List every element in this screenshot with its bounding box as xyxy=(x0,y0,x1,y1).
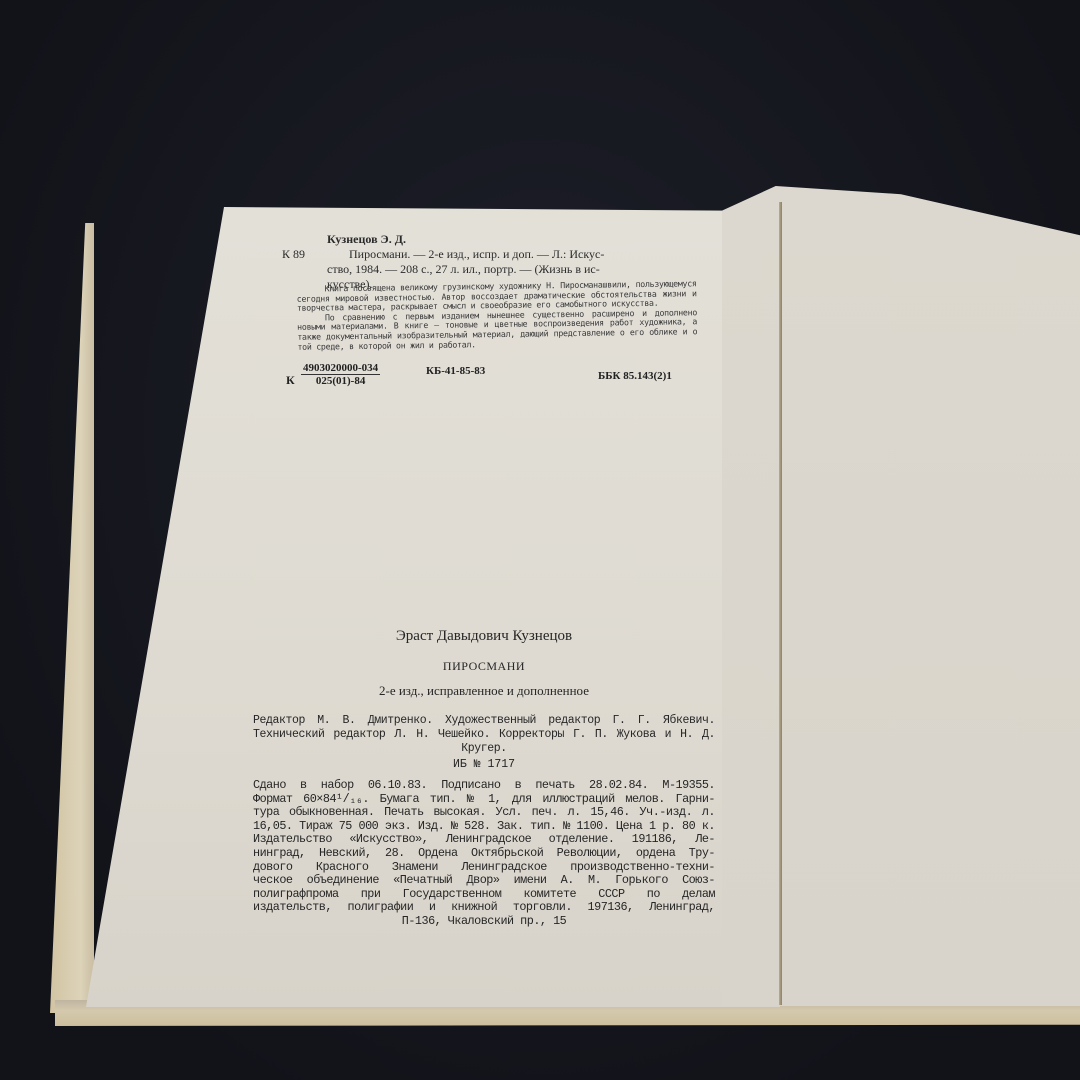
catalog-entry-line2: ство, 1984. — 208 с., 27 л. ил., портр. … xyxy=(282,262,692,277)
index-k-letter: К xyxy=(286,373,295,388)
annotation-paragraph-2: По сравнению с первым изданием нынешнее … xyxy=(297,308,697,352)
ib-number: ИБ № 1717 xyxy=(253,758,715,771)
print-details-line: Издательство «Искусство», Ленинградское … xyxy=(253,833,715,847)
catalog-code: К 89 xyxy=(282,247,305,262)
print-details-line: полиграфпрома при Государственном комите… xyxy=(253,888,715,902)
photo-scene: Кузнецов Э. Д. К 89 Пиросмани. — 2-е изд… xyxy=(0,0,1080,1080)
print-details-line: дового Красного Знамени Ленинградское пр… xyxy=(253,861,715,875)
index-denominator: 025(01)-84 xyxy=(301,375,380,387)
print-details-line: П-136, Чкаловский пр., 15 xyxy=(253,915,715,929)
book-gutter xyxy=(779,202,782,1005)
print-details-line: тура обыкновенная. Печать высокая. Усл. … xyxy=(253,806,715,820)
index-numerator: 4903020000-034 xyxy=(301,362,380,375)
catalog-entry-line1: Пиросмани. — 2-е изд., испр. и доп. — Л.… xyxy=(282,247,692,262)
author-full-name: Эраст Давыдович Кузнецов xyxy=(253,628,715,645)
index-kb: КБ-41-85-83 xyxy=(426,365,485,377)
edition-note: 2-е изд., исправленное и дополненное xyxy=(253,683,715,699)
print-details-line: Сдано в набор 06.10.83. Подписано в печа… xyxy=(253,779,715,793)
editors-credits: Редактор М. В. Дмитренко. Художественный… xyxy=(253,714,715,756)
print-details: Сдано в набор 06.10.83. Подписано в печа… xyxy=(253,779,715,929)
print-details-line: 16,05. Тираж 75 000 экз. Изд. № 528. Зак… xyxy=(253,820,715,834)
print-details-line: Формат 60×84¹/₁₆. Бумага тип. № 1, для и… xyxy=(253,793,715,807)
book-cover-left-edge xyxy=(50,223,94,1013)
catalog-author: Кузнецов Э. Д. xyxy=(282,232,692,247)
print-details-line: ческое объединение «Печатный Двор» имени… xyxy=(253,874,715,888)
index-bbk: ББК 85.143(2)1 xyxy=(598,370,672,382)
right-page-blank xyxy=(722,186,1080,1006)
index-codes: К 4903020000-034 025(01)-84 КБ-41-85-83 … xyxy=(286,362,696,398)
annotation: Книга посвящена великому грузинскому худ… xyxy=(297,279,698,352)
book-title: ПИРОСМАНИ xyxy=(253,659,715,674)
print-details-line: издательств, полиграфии и книжной торгов… xyxy=(253,901,715,915)
print-details-line: нинград, Невский, 28. Ордена Октябрьской… xyxy=(253,847,715,861)
index-fraction: 4903020000-034 025(01)-84 xyxy=(301,362,380,387)
